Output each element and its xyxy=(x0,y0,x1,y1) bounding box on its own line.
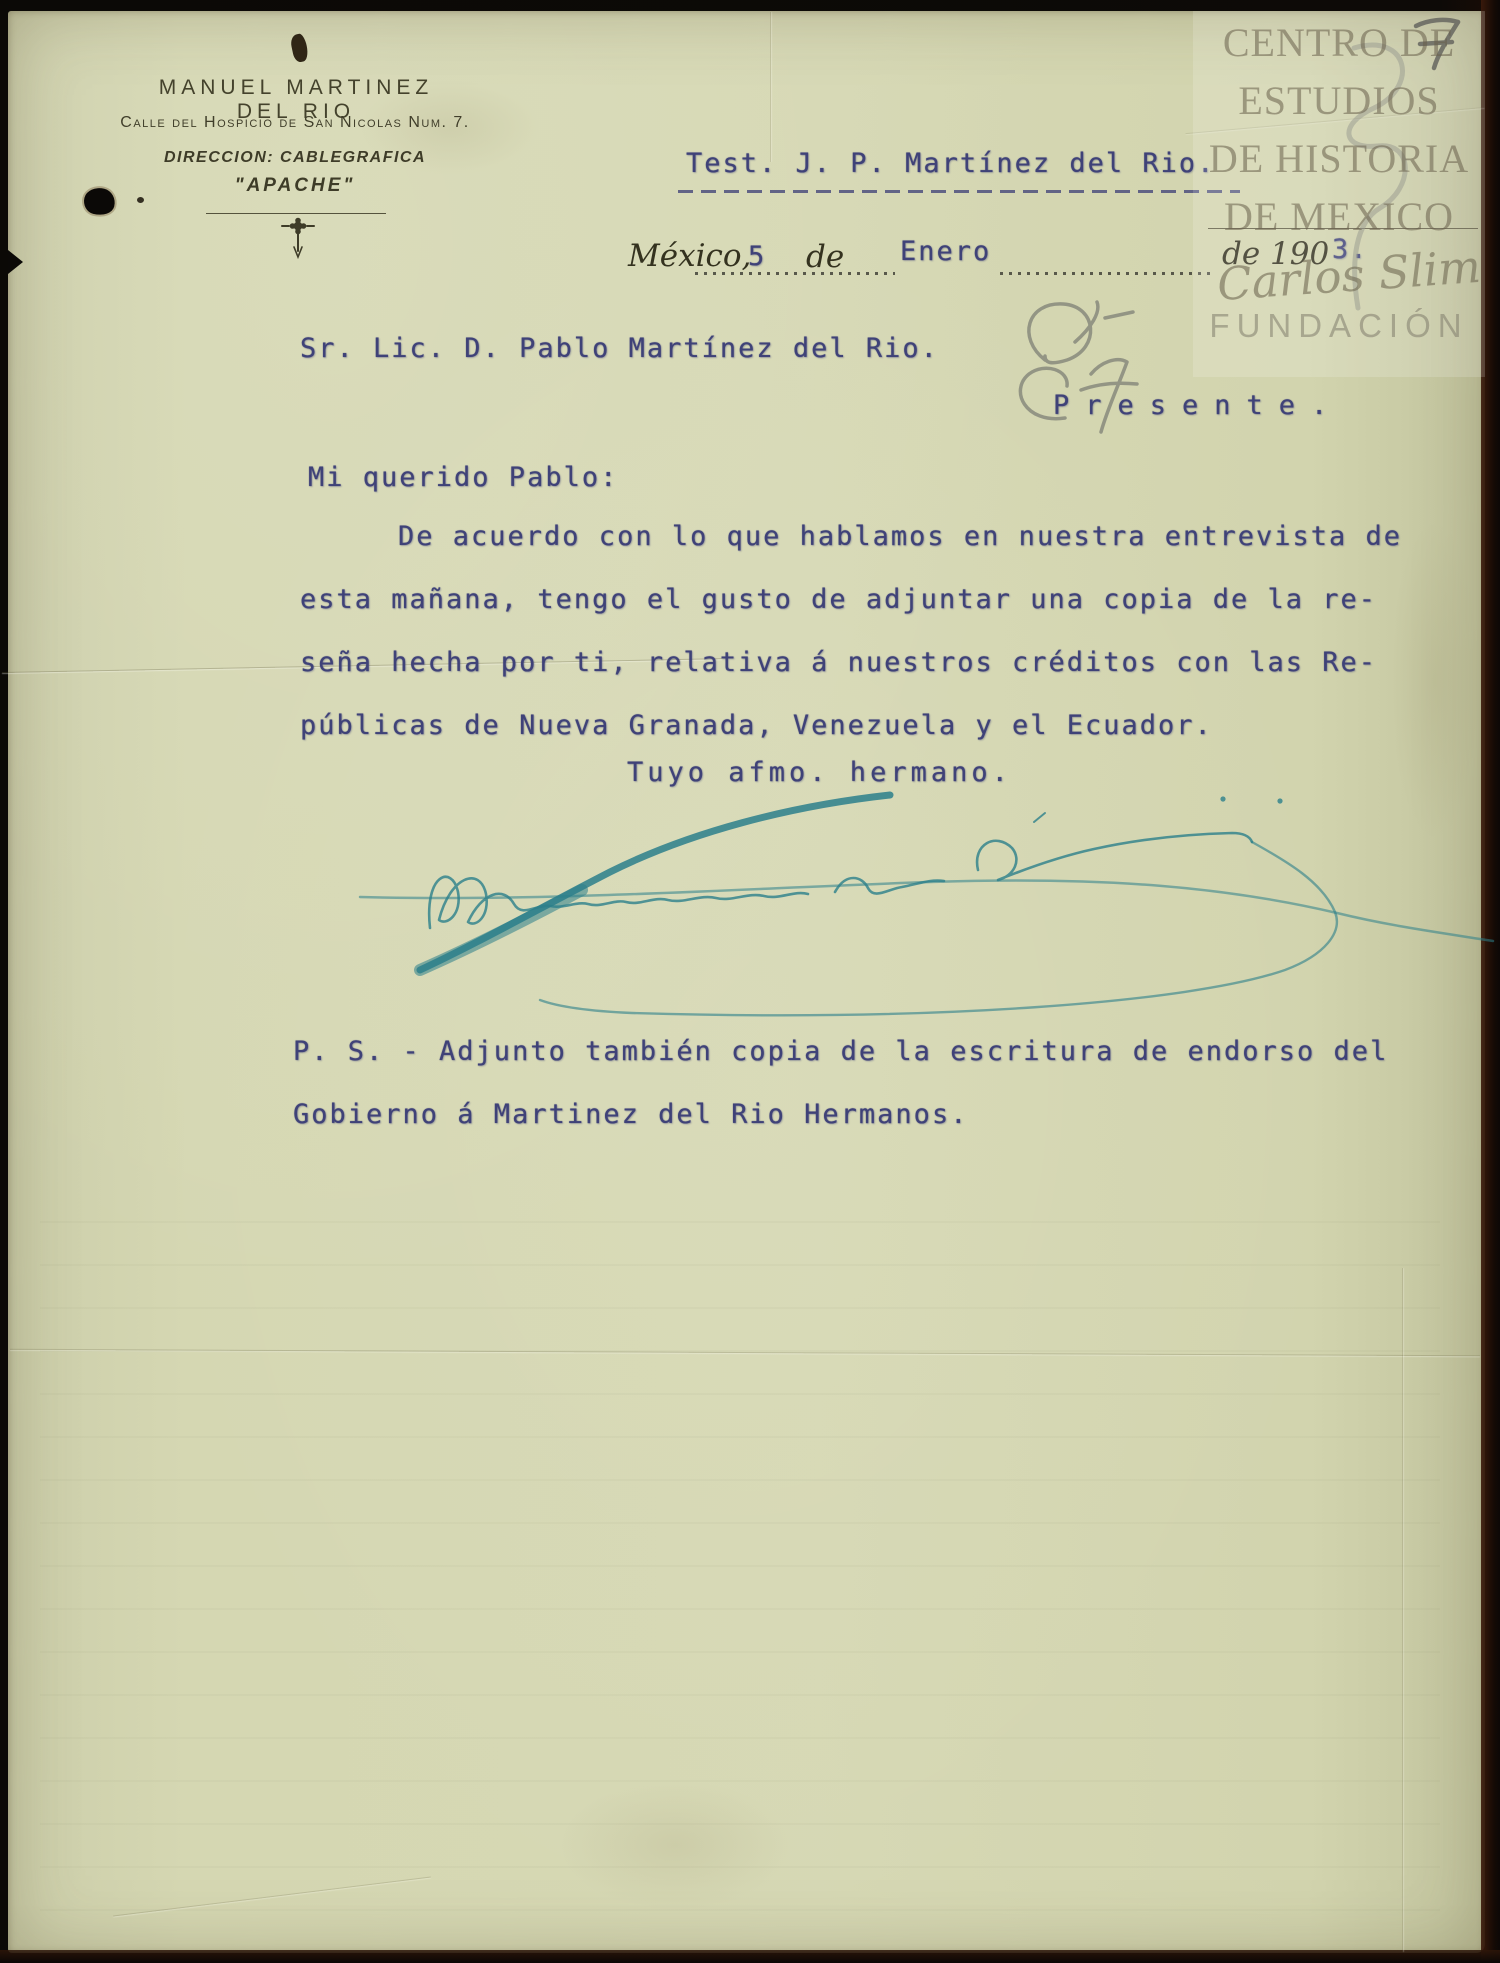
letterhead-rule xyxy=(206,213,386,214)
recipient-line: Sr. Lic. D. Pablo Martínez del Rio. xyxy=(300,333,939,364)
scanned-letter: MANUEL MARTINEZ DEL RIO Calle del Hospic… xyxy=(0,0,1500,1963)
paper-speck xyxy=(137,197,144,203)
body-line: De acuerdo con lo que hablamos en nuestr… xyxy=(398,521,1402,552)
letterhead-ornament-icon xyxy=(280,216,316,262)
dateline-de: de xyxy=(806,239,844,275)
paper-edge-notch xyxy=(8,250,23,274)
dateline-dotted-leader xyxy=(1000,272,1216,275)
ps-line: P. S. - Adjunto también copia de la escr… xyxy=(293,1036,1388,1067)
body-line: públicas de Nueva Granada, Venezuela y e… xyxy=(300,710,1213,741)
handwritten-signature xyxy=(330,770,1500,1030)
letterhead-cable-name: "APACHE" xyxy=(150,175,440,197)
scan-bottom-edge xyxy=(0,1950,1500,1963)
ps-line: Gobierno á Martinez del Rio Hermanos. xyxy=(293,1099,968,1130)
dateline-month: Enero xyxy=(900,236,991,267)
body-line: seña hecha por ti, relativa á nuestros c… xyxy=(300,647,1377,678)
watermark-line: ESTUDIOS xyxy=(1193,77,1485,124)
fold-crease xyxy=(1402,1268,1403,1952)
watermark-line: DE HISTORIA xyxy=(1193,135,1485,182)
reference-underline xyxy=(678,190,1240,193)
letterhead-cable-label: DIRECCION: CABLEGRAFICA xyxy=(150,149,440,167)
dateline-city: México, xyxy=(628,238,751,274)
watermark-line: DE MEXICO xyxy=(1193,193,1485,240)
dateline-day: 5 xyxy=(748,241,766,272)
watermark-line: CENTRO DE xyxy=(1193,19,1485,66)
fold-crease xyxy=(770,12,771,162)
watermark-carlos-slim-signature: Carlos Slim xyxy=(1202,239,1497,312)
reference-line: Test. J. P. Martínez del Rio. xyxy=(686,148,1215,179)
archive-watermark: CENTRO DE ESTUDIOS DE HISTORIA DE MEXICO… xyxy=(1193,11,1485,377)
body-line: esta mañana, tengo el gusto de adjuntar … xyxy=(300,584,1377,615)
watermark-foundation: FUNDACIÓN xyxy=(1193,307,1485,345)
letterhead-address: Calle del Hospicio de San Nicolas Num. 7… xyxy=(80,114,510,132)
paper-stain xyxy=(560,1780,790,1910)
salutation: Mi querido Pablo: xyxy=(308,462,618,493)
